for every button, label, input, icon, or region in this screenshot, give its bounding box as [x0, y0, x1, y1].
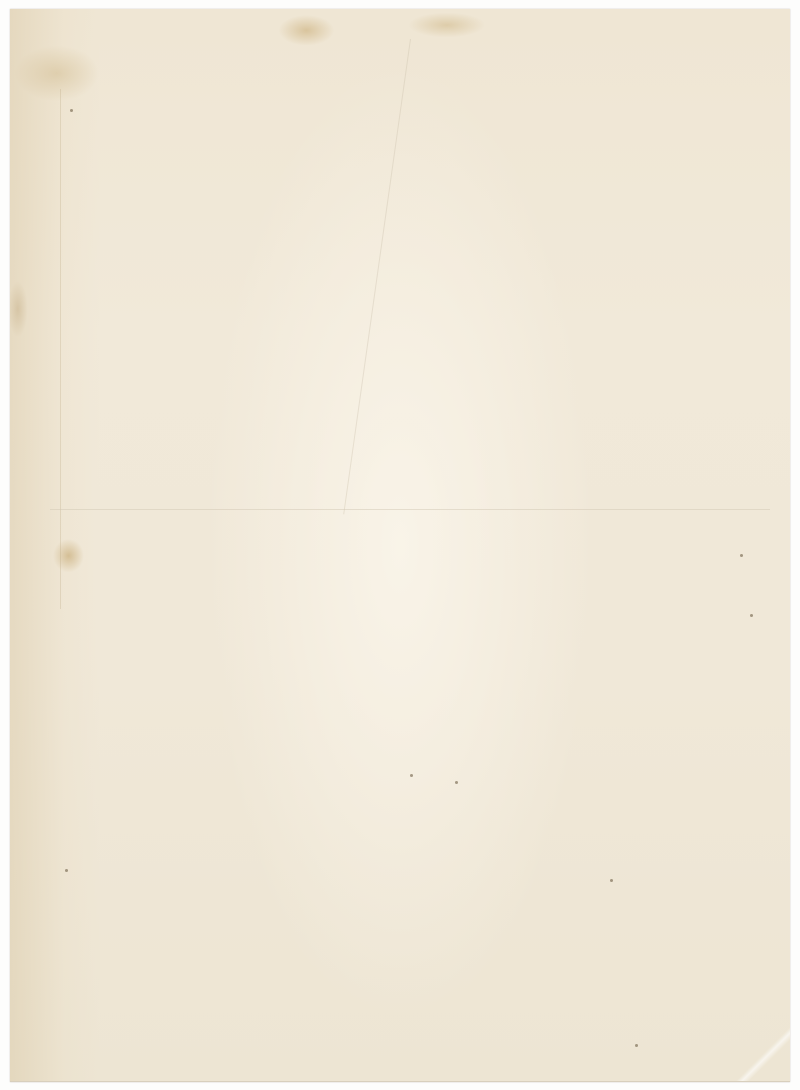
speck [635, 1044, 638, 1047]
speck [740, 554, 743, 557]
left-fold-line [60, 89, 61, 609]
aged-paper-sheet [10, 9, 790, 1082]
left-edge-discoloration [10, 9, 100, 1081]
speck [70, 109, 73, 112]
corner-curl [730, 1021, 790, 1081]
photo-scene [0, 0, 800, 1090]
vertical-crease [343, 39, 411, 514]
speck [410, 774, 413, 777]
speck [610, 879, 613, 882]
speck [65, 869, 68, 872]
speck [455, 781, 458, 784]
horizontal-crease [50, 509, 770, 510]
speck [750, 614, 753, 617]
